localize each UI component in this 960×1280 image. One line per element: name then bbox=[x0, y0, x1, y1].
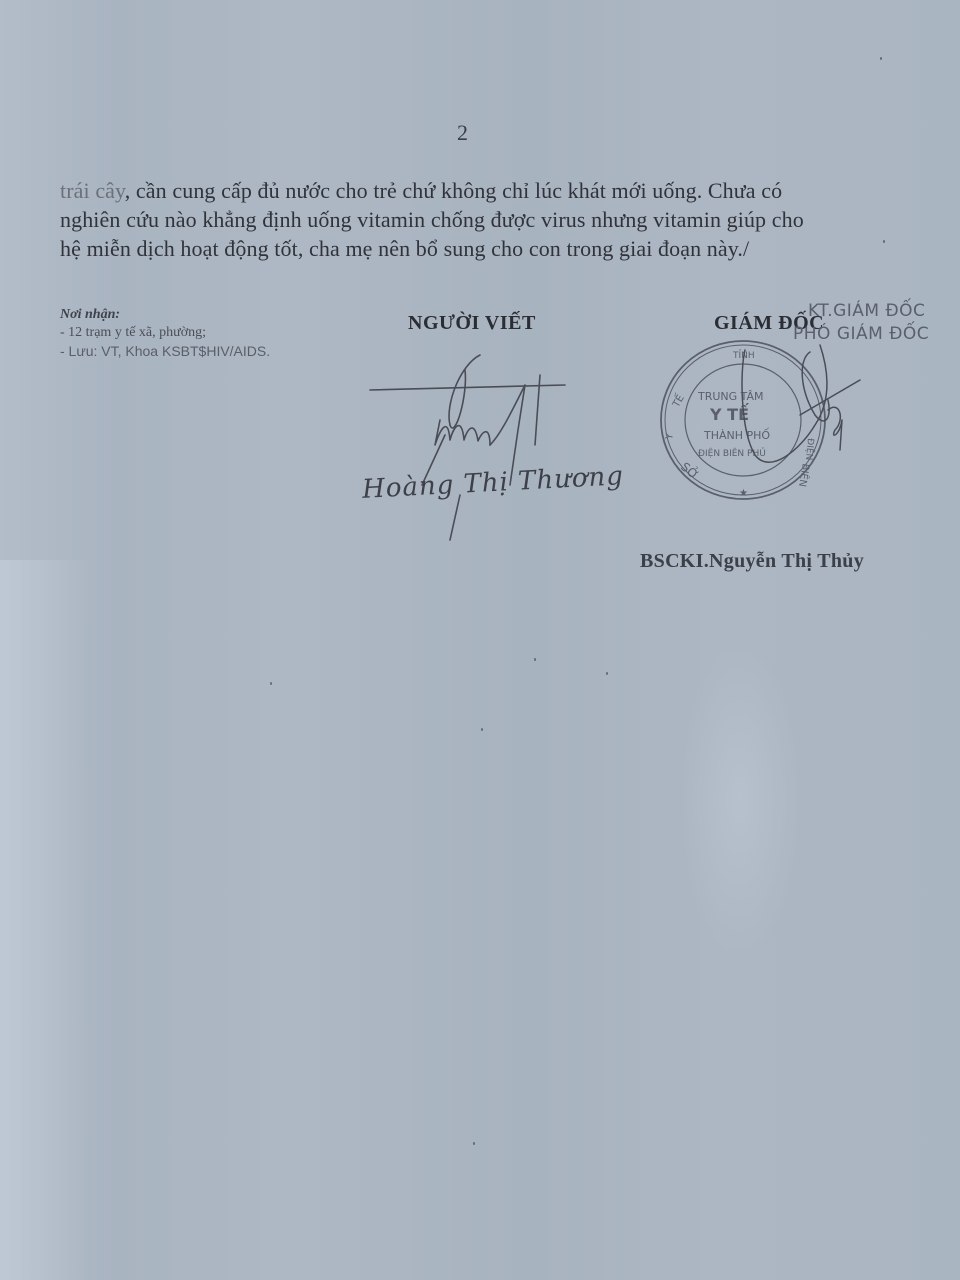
page-number: 2 bbox=[457, 120, 468, 146]
body-line: nghiên cứu nào khẳng định uống vitamin c… bbox=[60, 205, 890, 234]
paper-speck bbox=[473, 1142, 475, 1145]
line-text: nghiên cứu nào khẳng định uống vitamin c… bbox=[60, 207, 804, 232]
paper-sheen bbox=[680, 640, 800, 960]
body-line: trái cây, cần cung cấp đủ nước cho trẻ c… bbox=[60, 176, 890, 205]
paper-speck bbox=[534, 658, 536, 661]
writer-title: NGƯỜI VIẾT bbox=[408, 312, 536, 335]
paper-speck bbox=[481, 728, 483, 731]
paper-speck bbox=[270, 682, 272, 685]
rank-stamp-line: KT.GIÁM ĐỐC bbox=[808, 300, 929, 323]
director-signature-icon bbox=[700, 340, 880, 490]
paper-speck bbox=[880, 57, 882, 60]
svg-text:TẾ: TẾ bbox=[668, 391, 687, 410]
recipient-item: - 12 trạm y tế xã, phường; bbox=[60, 324, 270, 342]
body-paragraph: trái cây, cần cung cấp đủ nước cho trẻ c… bbox=[60, 176, 890, 263]
line-text: hệ miễn dịch hoạt động tốt, cha mẹ nên b… bbox=[60, 236, 749, 261]
paper-speck bbox=[606, 672, 608, 675]
recipient-item: - Lưu: VT, Khoa KSBT$HIV/AIDS. bbox=[60, 342, 270, 360]
writer-signature-icon bbox=[350, 345, 600, 545]
faded-text: trái cây bbox=[60, 178, 125, 203]
svg-text:SỞ: SỞ bbox=[678, 458, 703, 482]
recipients-block: Nơi nhận: - 12 trạm y tế xã, phường; - L… bbox=[60, 306, 270, 360]
svg-text:Y: Y bbox=[664, 432, 676, 442]
paper-speck bbox=[883, 240, 885, 243]
director-name: BSCKI.Nguyễn Thị Thủy bbox=[640, 550, 864, 573]
body-line: hệ miễn dịch hoạt động tốt, cha mẹ nên b… bbox=[60, 234, 890, 263]
line-text: , cần cung cấp đủ nước cho trẻ chứ không… bbox=[125, 178, 783, 203]
paper-sheen bbox=[0, 560, 90, 1280]
recipients-heading: Nơi nhận: bbox=[60, 306, 270, 324]
